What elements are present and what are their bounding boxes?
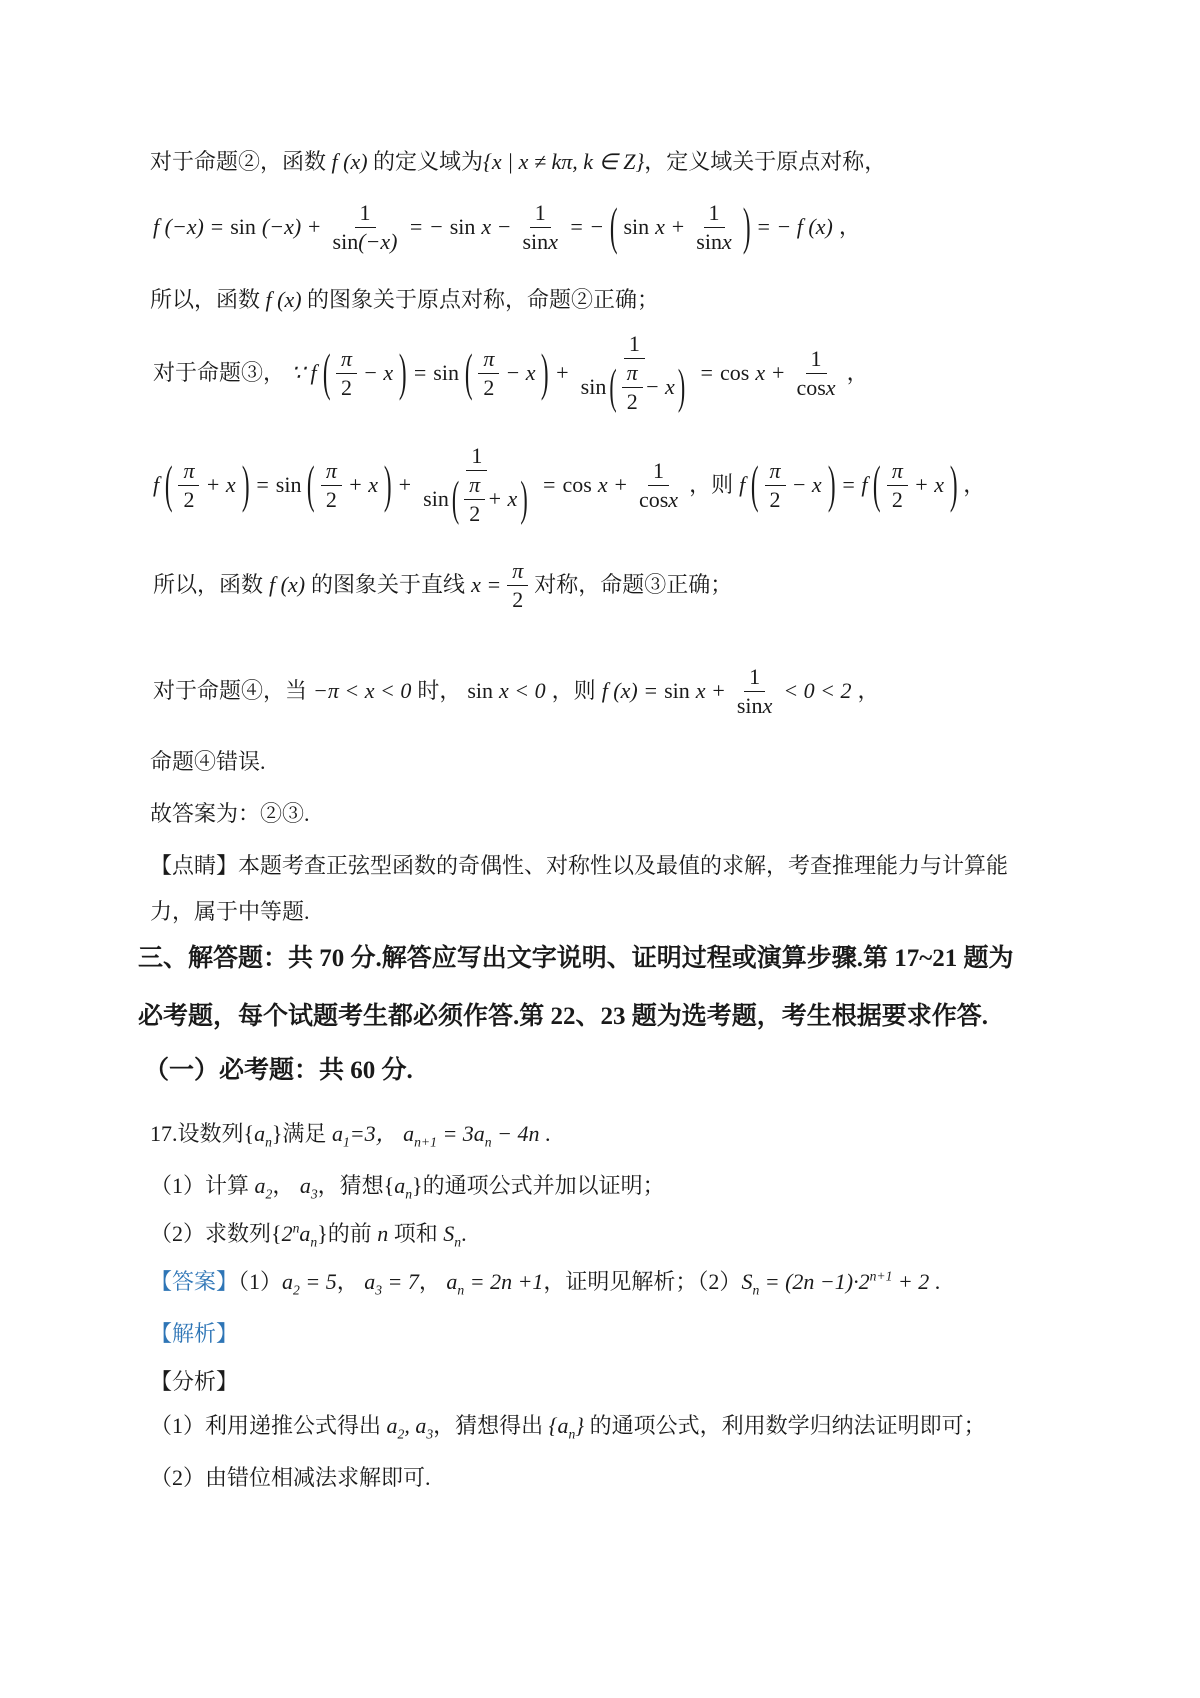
prop3-f-plus-formula: f(π2+ x)=sin(π2+ x)+1sin(π2+ x)=cosx +1c… — [150, 429, 1052, 541]
fraction: 1sin(π2+ x) — [418, 443, 536, 527]
fraction: 1sin(π2− x) — [576, 331, 694, 415]
fraction: 1sinx — [518, 200, 563, 255]
fraction: π2 — [336, 346, 357, 401]
comment-line-1: 【点睛】本题考查正弦型函数的奇偶性、对称性以及最值的求解，考查推理能力与计算能 — [150, 849, 1052, 883]
fraction: π2 — [178, 458, 199, 513]
bracket-label: 【答案】 — [150, 1269, 238, 1294]
fraction: π2 — [478, 346, 499, 401]
fraction: π2 — [507, 558, 528, 613]
section3-header-line-2: 必考题，每个试题考生都必须作答.第 22、23 题为选考题，考生根据要求作答. — [138, 997, 1052, 1037]
fraction: 1cosx — [634, 458, 683, 513]
prop2-domain-line: 对于命题②，函数 f (x) 的定义域为{x | x ≠ kπ, k ∈ Z}，… — [150, 145, 1052, 179]
prop4-wrong-line: 命题④错误. — [150, 745, 1052, 779]
jiexi-label-line: 【解析】 — [150, 1317, 1052, 1351]
prop2-odd-function-formula: f (−x) = sin(−x) +1sin(−x)= −sinx −1sinx… — [150, 179, 1052, 275]
section3-header-line-1: 三、解答题：共 70 分.解答应写出文字说明、证明过程或演算步骤.第 17~21… — [138, 939, 1052, 979]
analysis-part1-line: （1）利用递推公式得出 a2, a3，猜想得出 {an} 的通项公式，利用数学归… — [150, 1409, 1052, 1443]
prop3-conclusion-line: 所以，函数 f (x) 的图象关于直线 x =π2对称，命题③正确； — [150, 551, 1052, 619]
prop4-inequality-formula: 对于命题④，当 −π < x < 0 时， sinx < 0，则 f (x) =… — [150, 645, 1052, 737]
fenxi-label-line: 【分析】 — [150, 1365, 1052, 1399]
problem17-statement-line: 17.设数列{an}满足 a1=3， an+1 = 3an − 4n . — [150, 1117, 1052, 1151]
fraction: 1sinx — [732, 664, 777, 719]
prop2-conclusion-line: 所以，函数 f (x) 的图象关于原点对称，命题②正确； — [150, 283, 1052, 317]
problem17-part1-line: （1）计算 a2， a3，猜想{an}的通项公式并加以证明； — [150, 1169, 1052, 1203]
comment-line-2: 力，属于中等题. — [150, 895, 1052, 929]
fraction: π2 — [622, 360, 643, 415]
fraction: 1cosx — [791, 346, 840, 401]
fraction: 1sin(−x) — [328, 200, 403, 255]
answer-line: 【答案】（1）a2 = 5， a3 = 7， an = 2n +1，证明见解析；… — [150, 1265, 1052, 1299]
bracket-label: 【解析】 — [150, 1321, 238, 1346]
analysis-part2-line: （2）由错位相减法求解即可. — [150, 1461, 1052, 1495]
fraction: π2 — [887, 458, 908, 513]
fraction: π2 — [765, 458, 786, 513]
fraction: 1sinx — [691, 200, 736, 255]
prop3-f-minus-formula: 对于命题③，∵ f(π2− x)=sin(π2− x)+1sin(π2− x)=… — [150, 317, 1052, 429]
fraction: π2 — [321, 458, 342, 513]
problem17-part2-line: （2）求数列{2nan}的前 n 项和 Sn. — [150, 1217, 1052, 1251]
final-answer-line: 故答案为：②③. — [150, 797, 1052, 831]
section3-subheader-line: （一）必考题：共 60 分. — [144, 1051, 1052, 1091]
fraction: π2 — [464, 472, 485, 527]
document-page: 对于命题②，函数 f (x) 的定义域为{x | x ≠ kπ, k ∈ Z}，… — [0, 0, 1200, 1495]
